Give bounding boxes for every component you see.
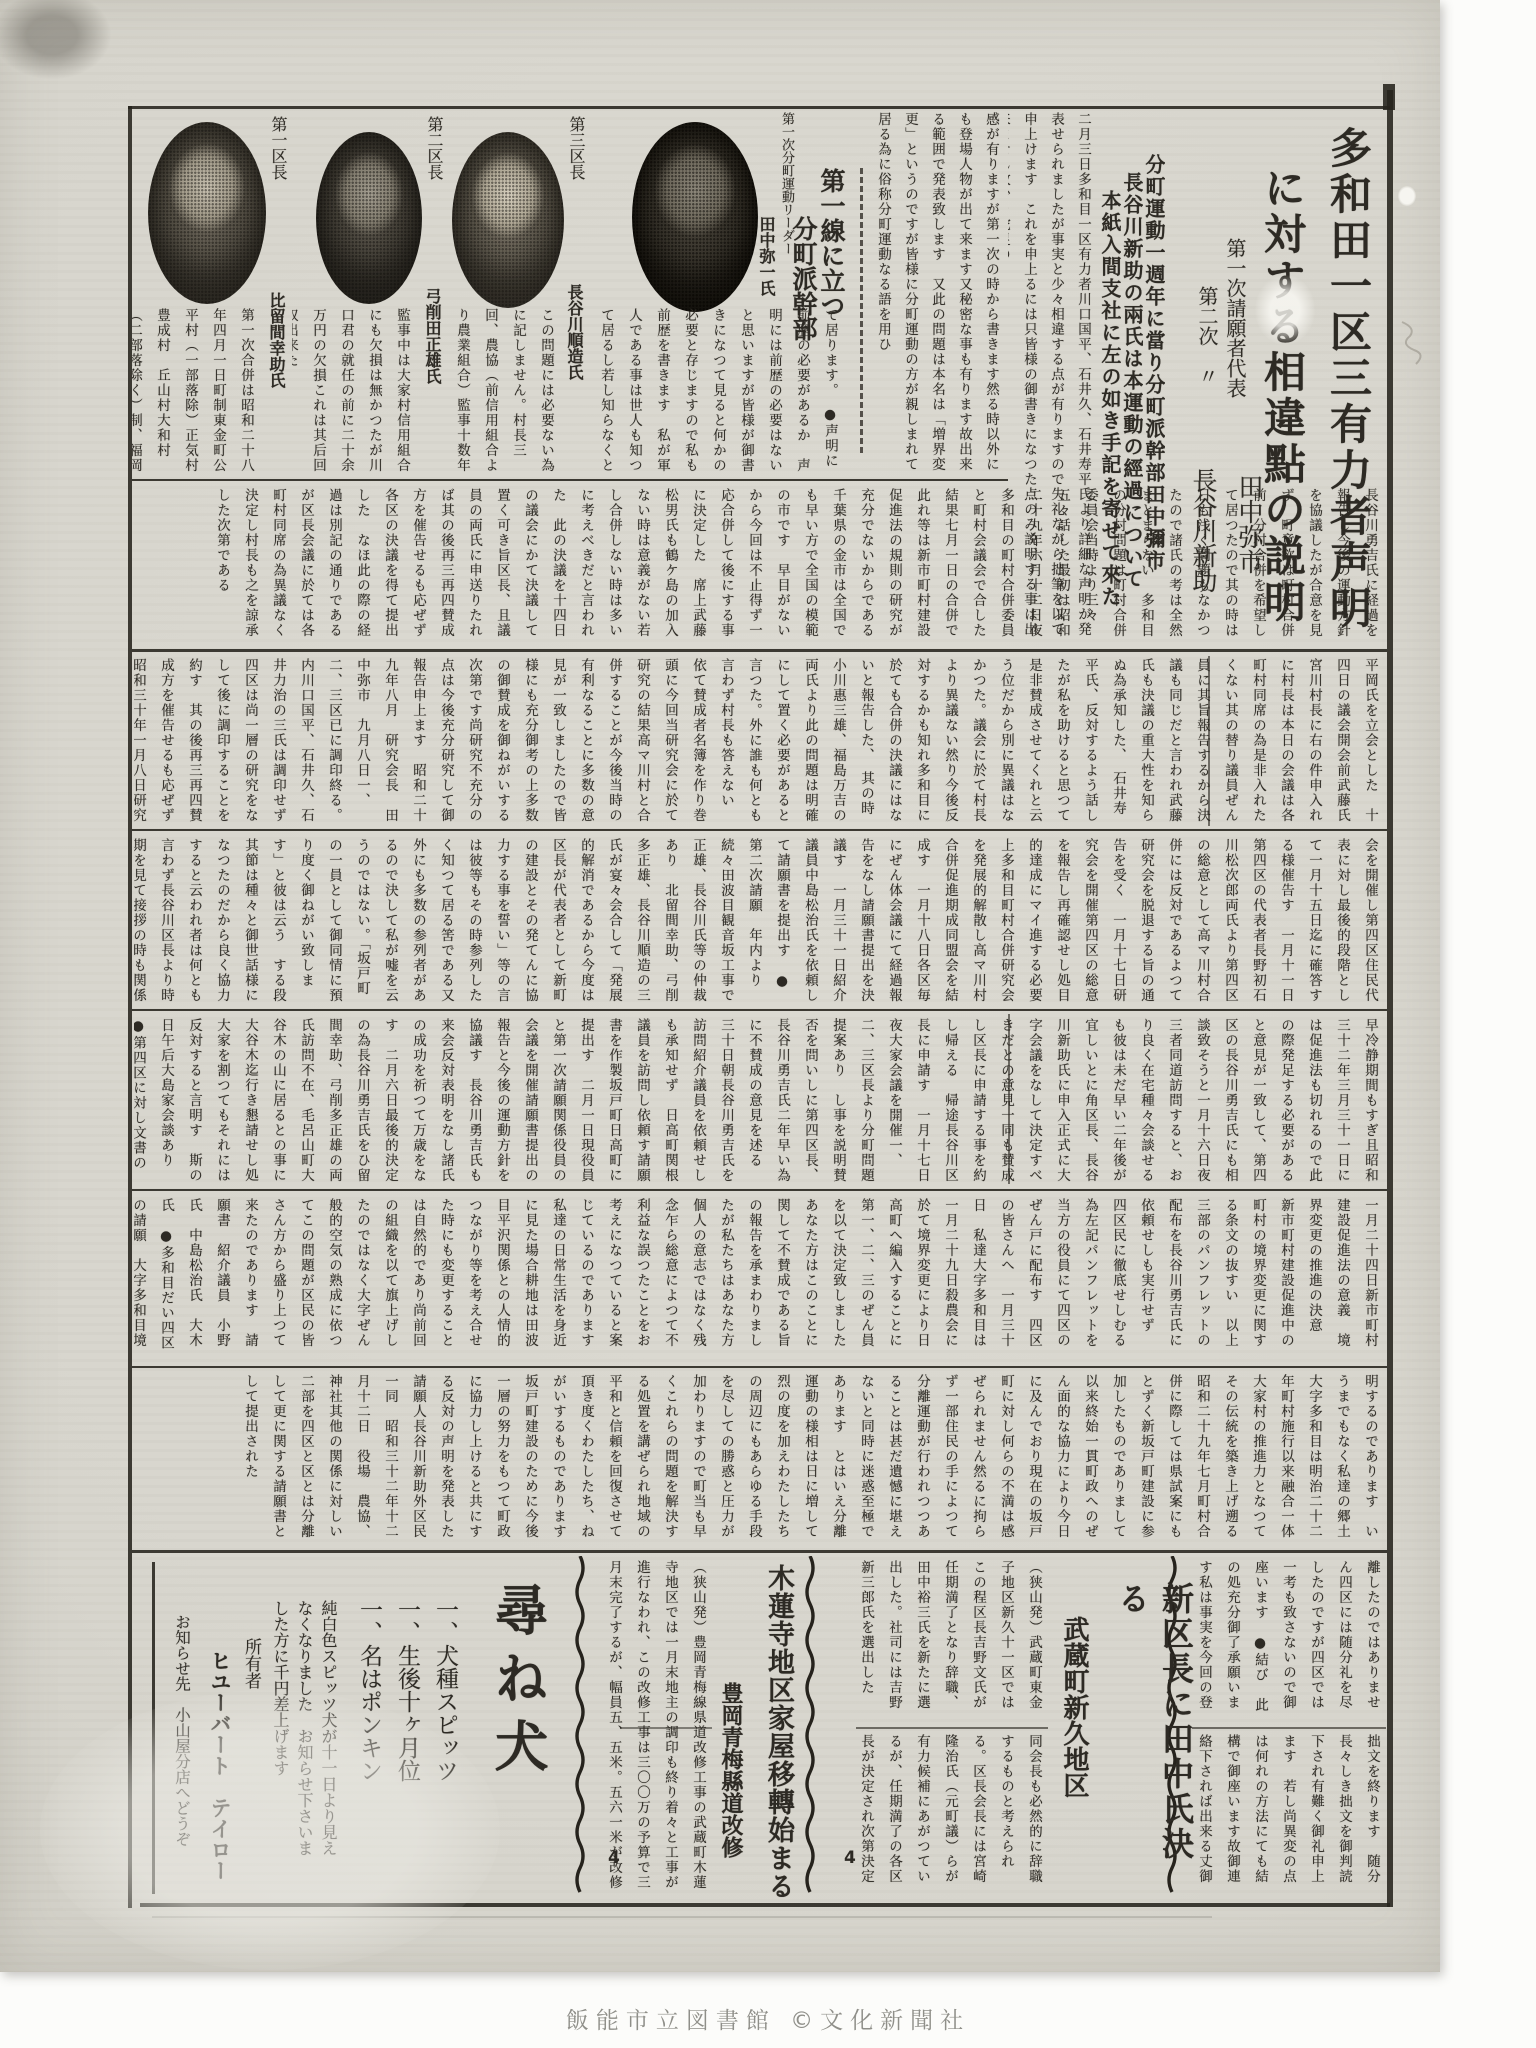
- lead-byline1-role: 第一次請願者代表: [1222, 238, 1248, 438]
- portrait-photo-hiruma: [148, 122, 266, 304]
- article-band-2: 平岡氏を立会とした 十四日の議会開会前武藤氏宮川村長に右の件申入れに村長は本日の…: [134, 658, 1384, 824]
- top-band-text-d: 第一次合併は昭和二十八年四月一日町制東金町公平村（一部落除）正気村豊成村 丘山村…: [132, 308, 260, 478]
- photo-caption-title-1: 第一区長: [268, 116, 288, 286]
- rule-band-650: [132, 649, 1387, 652]
- photo-caption-title-3: 第三区長: [566, 116, 586, 286]
- photo-caption-name-1: 比留間幸助氏: [266, 292, 286, 452]
- rule-shinkucho-split: [856, 1727, 1048, 1729]
- rule-band-1367: [132, 1366, 1387, 1368]
- rule-band-1190: [132, 1189, 1387, 1191]
- wavy-divider-3: [574, 1556, 586, 1900]
- conclusion-row2: 拙文を終ります 随分長々しき拙文を御判読下され有難く御礼申上ます 若し尚異変の点…: [1192, 1734, 1386, 1898]
- shinkucho-body-row1: （狭山発）武蔵町東金子地区新久十一区ではこの程区長吉野文氏が任期満了となり辞職、…: [856, 1560, 1048, 1722]
- border-right-tick: [1383, 84, 1395, 110]
- top-band-text-b: この問題には必要ない為に記しません。村長三回、農協（前信用組合より農業組合）監事…: [448, 308, 560, 478]
- library-credit: 飯能市立図書館 ©文化新聞社: [0, 2002, 1536, 2035]
- ad-title: 尋ね犬: [478, 1582, 558, 1862]
- rule-bottom-echo: [152, 1916, 1212, 1918]
- article-band-3: 会を開催し第四区住民代表に対し最後的段階として一月十五日迄に確答する様催告す 一…: [134, 838, 1384, 1004]
- ad-item-3: 一、名はポンキン: [354, 1598, 384, 1878]
- photo-caption-name-3: 長谷川順造氏: [564, 284, 584, 444]
- top-band-text-a: て居ります。 ●声明に前歴の必要があるか 声明には前歴の必要はないと思いますが皆…: [592, 308, 844, 478]
- ad-body-line3: した方に千円差上げます: [270, 1600, 291, 1890]
- lead-byline2-role: 第二次 〃: [1194, 286, 1220, 446]
- rule-band-830: [132, 829, 1387, 831]
- rule-band-1010: [132, 1009, 1387, 1011]
- ad-body-line2: なくなりました お知らせ下さいま: [294, 1600, 315, 1890]
- shinkucho-headline: 新区長に田中氏決る: [1110, 1582, 1198, 1892]
- rule-band-1551: [132, 1550, 1387, 1553]
- mokurenji-subhead: 豊岡青梅縣道改修: [716, 1682, 746, 1897]
- portrait-photo-tanaka: [632, 122, 758, 312]
- article-band-6: 明するのであります いうまでもなく私達の郷土大字多和目は明治二十二年町村施行以来…: [134, 1374, 1384, 1544]
- scan-hole: [1398, 186, 1416, 206]
- top-band-text-c: 監事中は大家村信用組合にも欠損は無かつたが川口君の就任の前に二十余万円の欠損これ…: [292, 308, 416, 478]
- rule-top: [128, 106, 1390, 109]
- scan-smudge-corner: [0, 0, 112, 80]
- lead-opening-left: 感が有りますが第一次の時から書きます然る時以外にも登場人物が出て来ます又秘密な事…: [848, 112, 1004, 478]
- column-marker-4a: 4: [844, 1848, 856, 1868]
- photo-caption-name-2: 弓削田正雄氏: [422, 288, 442, 448]
- shinkucho-subhead: 武蔵町新久地区: [1056, 1616, 1092, 1856]
- ad-item-1: 一、犬種スピッツ: [430, 1598, 460, 1878]
- mokurenji-headline: 木蓮寺地区家屋移轉始まる: [758, 1564, 798, 1900]
- section-header-dash-right: [860, 168, 863, 453]
- rule-mokurenji-split: [620, 1727, 712, 1729]
- ad-contact: お知らせ先 小山屋分店へどうぞ: [172, 1614, 192, 1904]
- ad-owner-label: 所有者: [240, 1638, 262, 1758]
- shinkucho-body-row2: 同会長も必然的に辞職するものと考えられる。区長会長には宮崎隆治氏（元町議）らが有…: [856, 1734, 1048, 1898]
- rule-bottom: [140, 1903, 1390, 1907]
- margin-pencil-scribble: [1396, 318, 1430, 368]
- conclusion-row1: 離したのではありません四区には随分礼を尽したのですが四区では一考も致さないので御…: [1192, 1560, 1386, 1722]
- portrait-photo-yugeta: [316, 132, 422, 304]
- column-marker-4b: 4: [608, 1848, 620, 1868]
- article-band-5: 一月二十四日新市町村建設促進法の意義 境界変更の推進の決意 新市町村建設促進中の…: [134, 1198, 1384, 1362]
- ad-owner-name: ヒユーバート テイロー: [206, 1650, 233, 1900]
- ad-body-line1: 純白色スピッツ犬が十一日より見え: [318, 1600, 339, 1890]
- wavy-divider-2: [804, 1556, 816, 1900]
- border-right: [1387, 90, 1393, 1907]
- portrait-photo-hasegawa: [452, 132, 564, 308]
- ad-left-border: [152, 1562, 155, 1894]
- newspaper-page: 多和田一区三有力者声明 に対する相違點の説明 第一次請願者代表 田中弥市 第二次…: [0, 0, 1440, 1972]
- rule-conclusion-split: [1192, 1727, 1386, 1729]
- photo-caption-title-2: 第二区長: [424, 116, 444, 286]
- newspaper-scan: 多和田一区三有力者声明 に対する相違點の説明 第一次請願者代表 田中弥市 第二次…: [0, 0, 1536, 2048]
- ad-item-2: 一、生後十ヶ月位: [392, 1598, 422, 1878]
- article-band-4: 早冷静期間もすぎ且昭和三十二年三月三十一日には促進法も切れるので此の際発足する必…: [134, 1018, 1384, 1184]
- rule-band-480: [132, 479, 1008, 481]
- article-band-1: 長谷川勇吉氏に経過を報告し今後の運動方針を協議したが合意を見ず 町意欲は町村合併…: [134, 488, 1384, 646]
